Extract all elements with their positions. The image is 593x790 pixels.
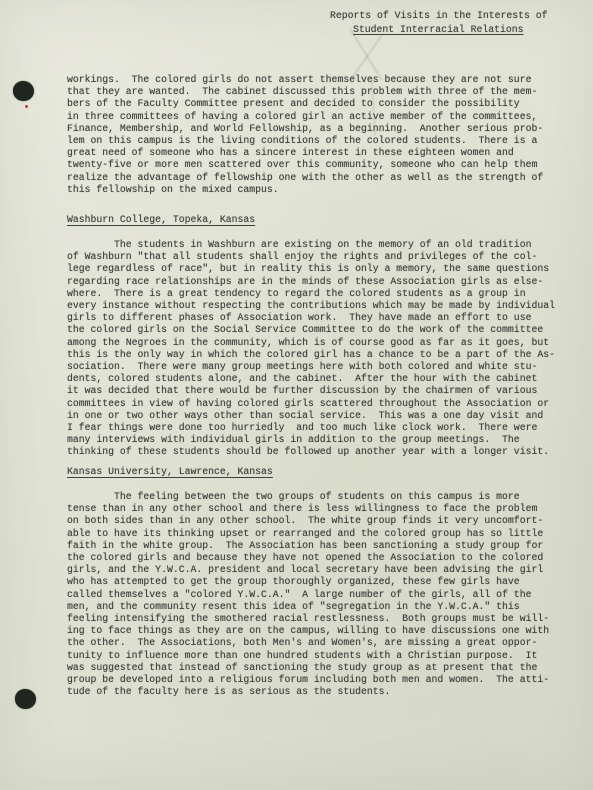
page-header: Reports of Visits in the Interests of St… xyxy=(330,9,548,36)
hole-punch-mark-top xyxy=(13,81,34,101)
section-heading-kansas-university: Kansas University, Lawrence, Kansas xyxy=(67,466,273,478)
hole-punch-mark-bottom xyxy=(15,689,36,709)
paragraph-kansas-university: The feeling between the two groups of st… xyxy=(67,491,549,698)
header-title-line2: Student Interracial Relations xyxy=(353,23,548,37)
section-heading-washburn-college: Washburn College, Topeka, Kansas xyxy=(67,214,255,226)
paragraph-continuation: workings. The colored girls do not asser… xyxy=(67,74,543,196)
red-ink-speck xyxy=(25,105,28,108)
scanned-document-page: Reports of Visits in the Interests of St… xyxy=(0,0,593,790)
paragraph-washburn-college: The students in Washburn are existing on… xyxy=(67,239,555,459)
header-title-line1: Reports of Visits in the Interests of xyxy=(330,9,548,23)
